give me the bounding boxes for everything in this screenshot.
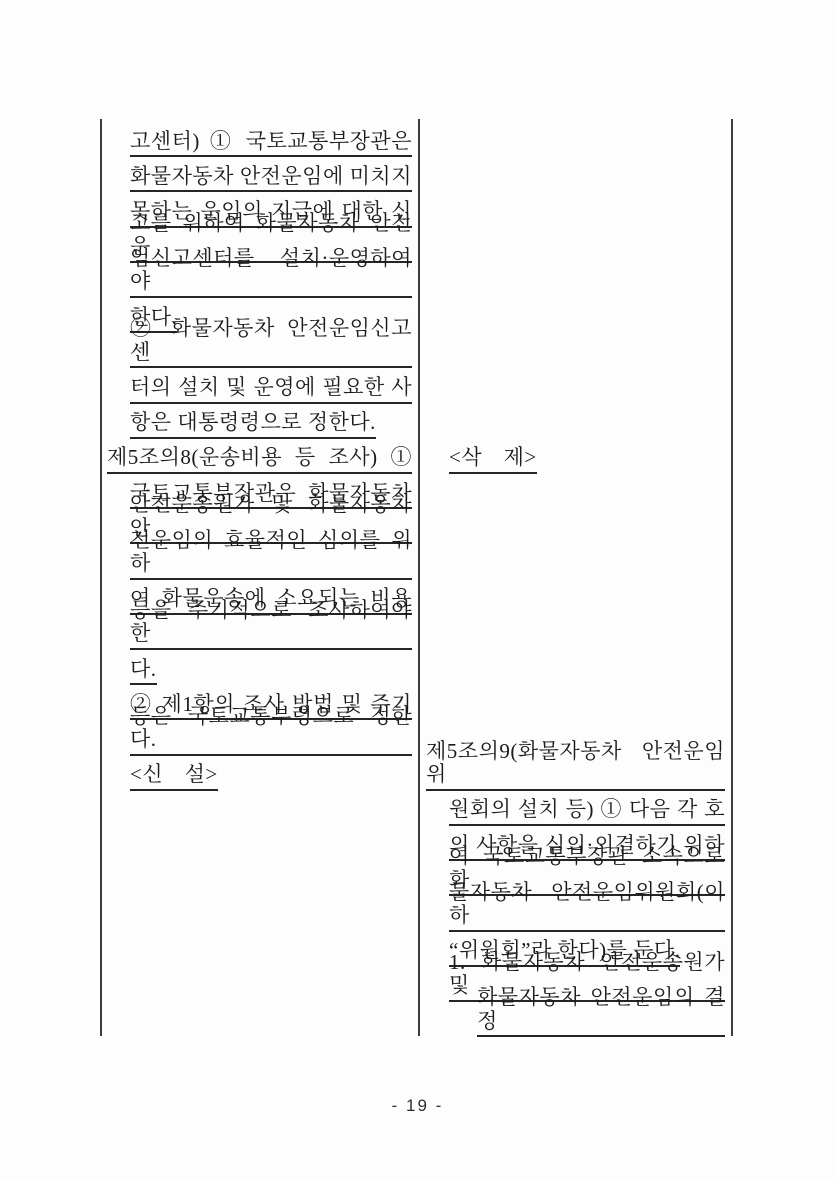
- line-text: 등을 주기적으로 조사하여야 한: [130, 599, 412, 650]
- line-text: 제5조의9(화물자동차 안전운임위: [426, 740, 725, 791]
- line-text: 고센터) ① 국토교통부장관은: [130, 130, 412, 158]
- text-line: 터의 설치 및 운영에 필요한 사: [101, 368, 418, 403]
- text-line: 등은 국토교통부령으로 정한다.: [101, 720, 418, 755]
- line-text: 터의 설치 및 운영에 필요한 사: [130, 376, 412, 404]
- text-line: 등을 주기적으로 조사하여야 한: [101, 615, 418, 650]
- line-text: 화물자동차 안전운임에 미치지: [130, 165, 412, 193]
- line-text: 등은 국토교통부령으로 정한다.: [130, 705, 412, 756]
- line-text: 물자동차 안전운임위원회(이하: [449, 881, 725, 932]
- text-line: 원회의 설치 등) ① 다음 각 호: [420, 791, 731, 826]
- text-line: 물자동차 안전운임위원회(이하: [420, 896, 731, 931]
- page-number: - 19 -: [0, 1096, 835, 1116]
- text-line: 제5조의8(운송비용 등 조사) ①: [101, 439, 418, 474]
- line-text: <신 설>: [130, 763, 218, 791]
- document-page: 고센터) ① 국토교통부장관은화물자동차 안전운임에 미치지못하는 운임의 지급…: [0, 0, 835, 1181]
- line-text: 다.: [130, 658, 157, 686]
- text-line: 전운임의 효율적인 심의를 위하: [101, 544, 418, 579]
- line-text: 임신고센터를 설치·운영하여야: [130, 247, 412, 298]
- amendment-column: <삭 제>제5조의9(화물자동차 안전운임위원회의 설치 등) ① 다음 각 호…: [420, 0, 731, 1181]
- text-line: 다.: [101, 650, 418, 685]
- line-text: 화물자동차 안전운임의 결정: [477, 986, 725, 1037]
- text-line: 고센터) ① 국토교통부장관은: [101, 122, 418, 157]
- text-line: 항은 대통령령으로 정한다.: [101, 404, 418, 439]
- line-text: 항은 대통령령으로 정한다.: [130, 411, 376, 439]
- text-line: 화물자동차 안전운임에 미치지: [101, 157, 418, 192]
- line-text: <삭 제>: [449, 446, 537, 474]
- text-line: 제5조의9(화물자동차 안전운임위: [420, 756, 731, 791]
- line-text: 제5조의8(운송비용 등 조사) ①: [107, 446, 412, 474]
- text-line: 화물자동차 안전운임의 결정: [420, 1002, 731, 1037]
- text-line: ② 화물자동차 안전운임신고센: [101, 333, 418, 368]
- table-right-border: [731, 119, 733, 1036]
- text-line: <신 설>: [101, 756, 418, 791]
- text-line: <삭 제>: [420, 439, 731, 474]
- text-line: 임신고센터를 설치·운영하여야: [101, 263, 418, 298]
- line-text: 원회의 설치 등) ① 다음 각 호: [449, 798, 725, 826]
- line-text: ② 화물자동차 안전운임신고센: [130, 317, 412, 368]
- line-text: 전운임의 효율적인 심의를 위하: [130, 529, 412, 580]
- current-law-column: 고센터) ① 국토교통부장관은화물자동차 안전운임에 미치지못하는 운임의 지급…: [101, 0, 418, 1181]
